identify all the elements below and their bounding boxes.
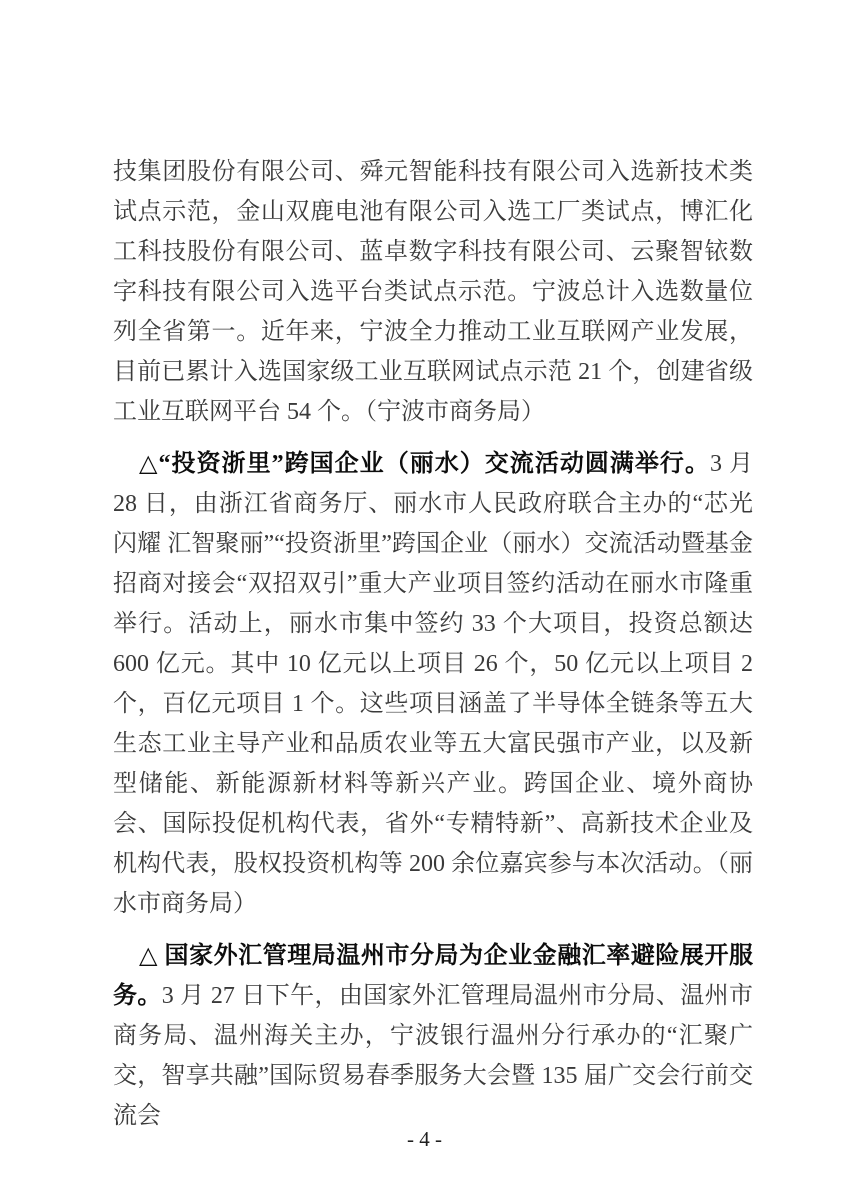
paragraph-lishui-investment-event: △“投资浙里”跨国企业（丽水）交流活动圆满举行。3 月 28 日，由浙江省商务厅…: [113, 444, 753, 924]
paragraph-wenzhou-forex-service: △ 国家外汇管理局温州市分局为企业金融汇率避险展开服务。3 月 27 日下午，由…: [113, 936, 753, 1136]
document-page: 技集团股份有限公司、舜元智能科技有限公司入选新技术类试点示范，金山双鹿电池有限公…: [0, 0, 849, 1200]
paragraph-ningbo-industrial-internet: 技集团股份有限公司、舜元智能科技有限公司入选新技术类试点示范，金山双鹿电池有限公…: [113, 152, 753, 432]
page-number: - 4 -: [0, 1124, 849, 1154]
paragraph-heading-text: △“投资浙里”跨国企业（丽水）交流活动圆满举行。: [139, 451, 710, 477]
page-body: 技集团股份有限公司、舜元智能科技有限公司入选新技术类试点示范，金山双鹿电池有限公…: [113, 152, 753, 1136]
paragraph-body-text: 3 月 27 日下午，由国家外汇管理局温州市分局、温州市商务局、温州海关主办，宁…: [113, 983, 753, 1129]
paragraph-body-text: 3 月 28 日，由浙江省商务厅、丽水市人民政府联合主办的“芯光闪耀 汇智聚丽”…: [113, 451, 753, 917]
paragraph-body-text: 技集团股份有限公司、舜元智能科技有限公司入选新技术类试点示范，金山双鹿电池有限公…: [113, 159, 753, 425]
